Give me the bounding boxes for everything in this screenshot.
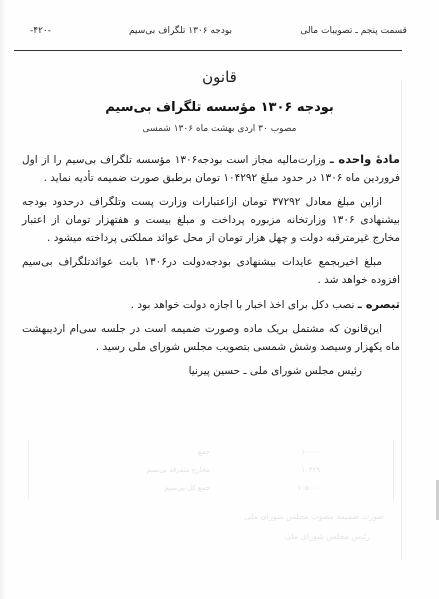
paragraph-revenue: مبلغ اخیربجمع عایدات بیشنهادی بودجه‌دولت… bbox=[22, 253, 400, 289]
bleed-table-border bbox=[393, 440, 394, 500]
single-article-label: مادهٔ واحده ـ bbox=[330, 152, 400, 166]
bleed-cell: ۱۰۴۲۹ bbox=[301, 466, 320, 474]
paragraph-allocation: ازاین مبلغ معادل ۳۷۲۹۲ تومان ازاعتبارات … bbox=[22, 193, 400, 247]
bleed-cell: ۱۰۰۰۰ bbox=[301, 448, 320, 456]
bleed-row: ۱۰۵۰۰۰ جمع کل بی‌سیم bbox=[100, 484, 320, 498]
bleed-cell: ۱۰۵۰۰۰ bbox=[297, 484, 320, 492]
law-heading: قانون bbox=[0, 68, 439, 86]
note-label: تبصره ـ bbox=[358, 297, 400, 311]
bleed-cell: جمع کل بی‌سیم bbox=[164, 484, 210, 492]
signature: رئیس مجلس شورای ملی ـ حسین پیرنیا bbox=[22, 362, 400, 380]
header-rule bbox=[14, 50, 402, 51]
law-title: بودجه ۱۳۰۶ مؤسسه تلگراف بی‌سیم bbox=[0, 100, 439, 115]
bleed-cell: مخارج متفرقه بی‌سیم bbox=[146, 466, 210, 474]
law-body: مادهٔ واحده ـ وزارت‌مالیه مجاز است بودجه… bbox=[22, 150, 400, 386]
page-number: -۴۲۰- bbox=[30, 26, 51, 36]
bleed-row: ۱۰۰۰۰ جمع bbox=[100, 448, 320, 462]
bleed-table-border bbox=[28, 440, 29, 500]
header-section: قسمت پنجم ـ تصویبات مالی bbox=[300, 26, 407, 36]
bleed-cell: جمع bbox=[198, 448, 210, 456]
document-page: قسمت پنجم ـ تصویبات مالی بودجه ۱۳۰۶ تلگر… bbox=[0, 0, 439, 599]
bleed-line: رئیس مجلس شورای ملی bbox=[180, 532, 370, 541]
note-text: نصب دکل برای اخذ اخبار با اجازه دولت خوا… bbox=[131, 299, 358, 311]
closing-paragraph: این‌قانون که مشتمل بریک ماده وصورت ضمیمه… bbox=[22, 320, 400, 356]
approval-date: مصوب ۳۰ اردی بهشت ماه ۱۳۰۶ شمسی bbox=[0, 124, 439, 134]
header-title: بودجه ۱۳۰۶ تلگراف بی‌سیم bbox=[129, 26, 232, 36]
bleed-row: ۱۰۴۲۹ مخارج متفرقه بی‌سیم bbox=[100, 466, 320, 480]
scan-artifact-line bbox=[401, 80, 402, 560]
bleed-line: صورت ضمیمه مصوب مجلس شورای ملی bbox=[24, 512, 384, 521]
note: تبصره ـ نصب دکل برای اخذ اخبار با اجازه … bbox=[22, 295, 400, 314]
single-article: مادهٔ واحده ـ وزارت‌مالیه مجاز است بودجه… bbox=[22, 150, 400, 187]
title-block: قانون بودجه ۱۳۰۶ مؤسسه تلگراف بی‌سیم مصو… bbox=[0, 68, 439, 134]
running-header: قسمت پنجم ـ تصویبات مالی بودجه ۱۳۰۶ تلگر… bbox=[22, 24, 407, 46]
